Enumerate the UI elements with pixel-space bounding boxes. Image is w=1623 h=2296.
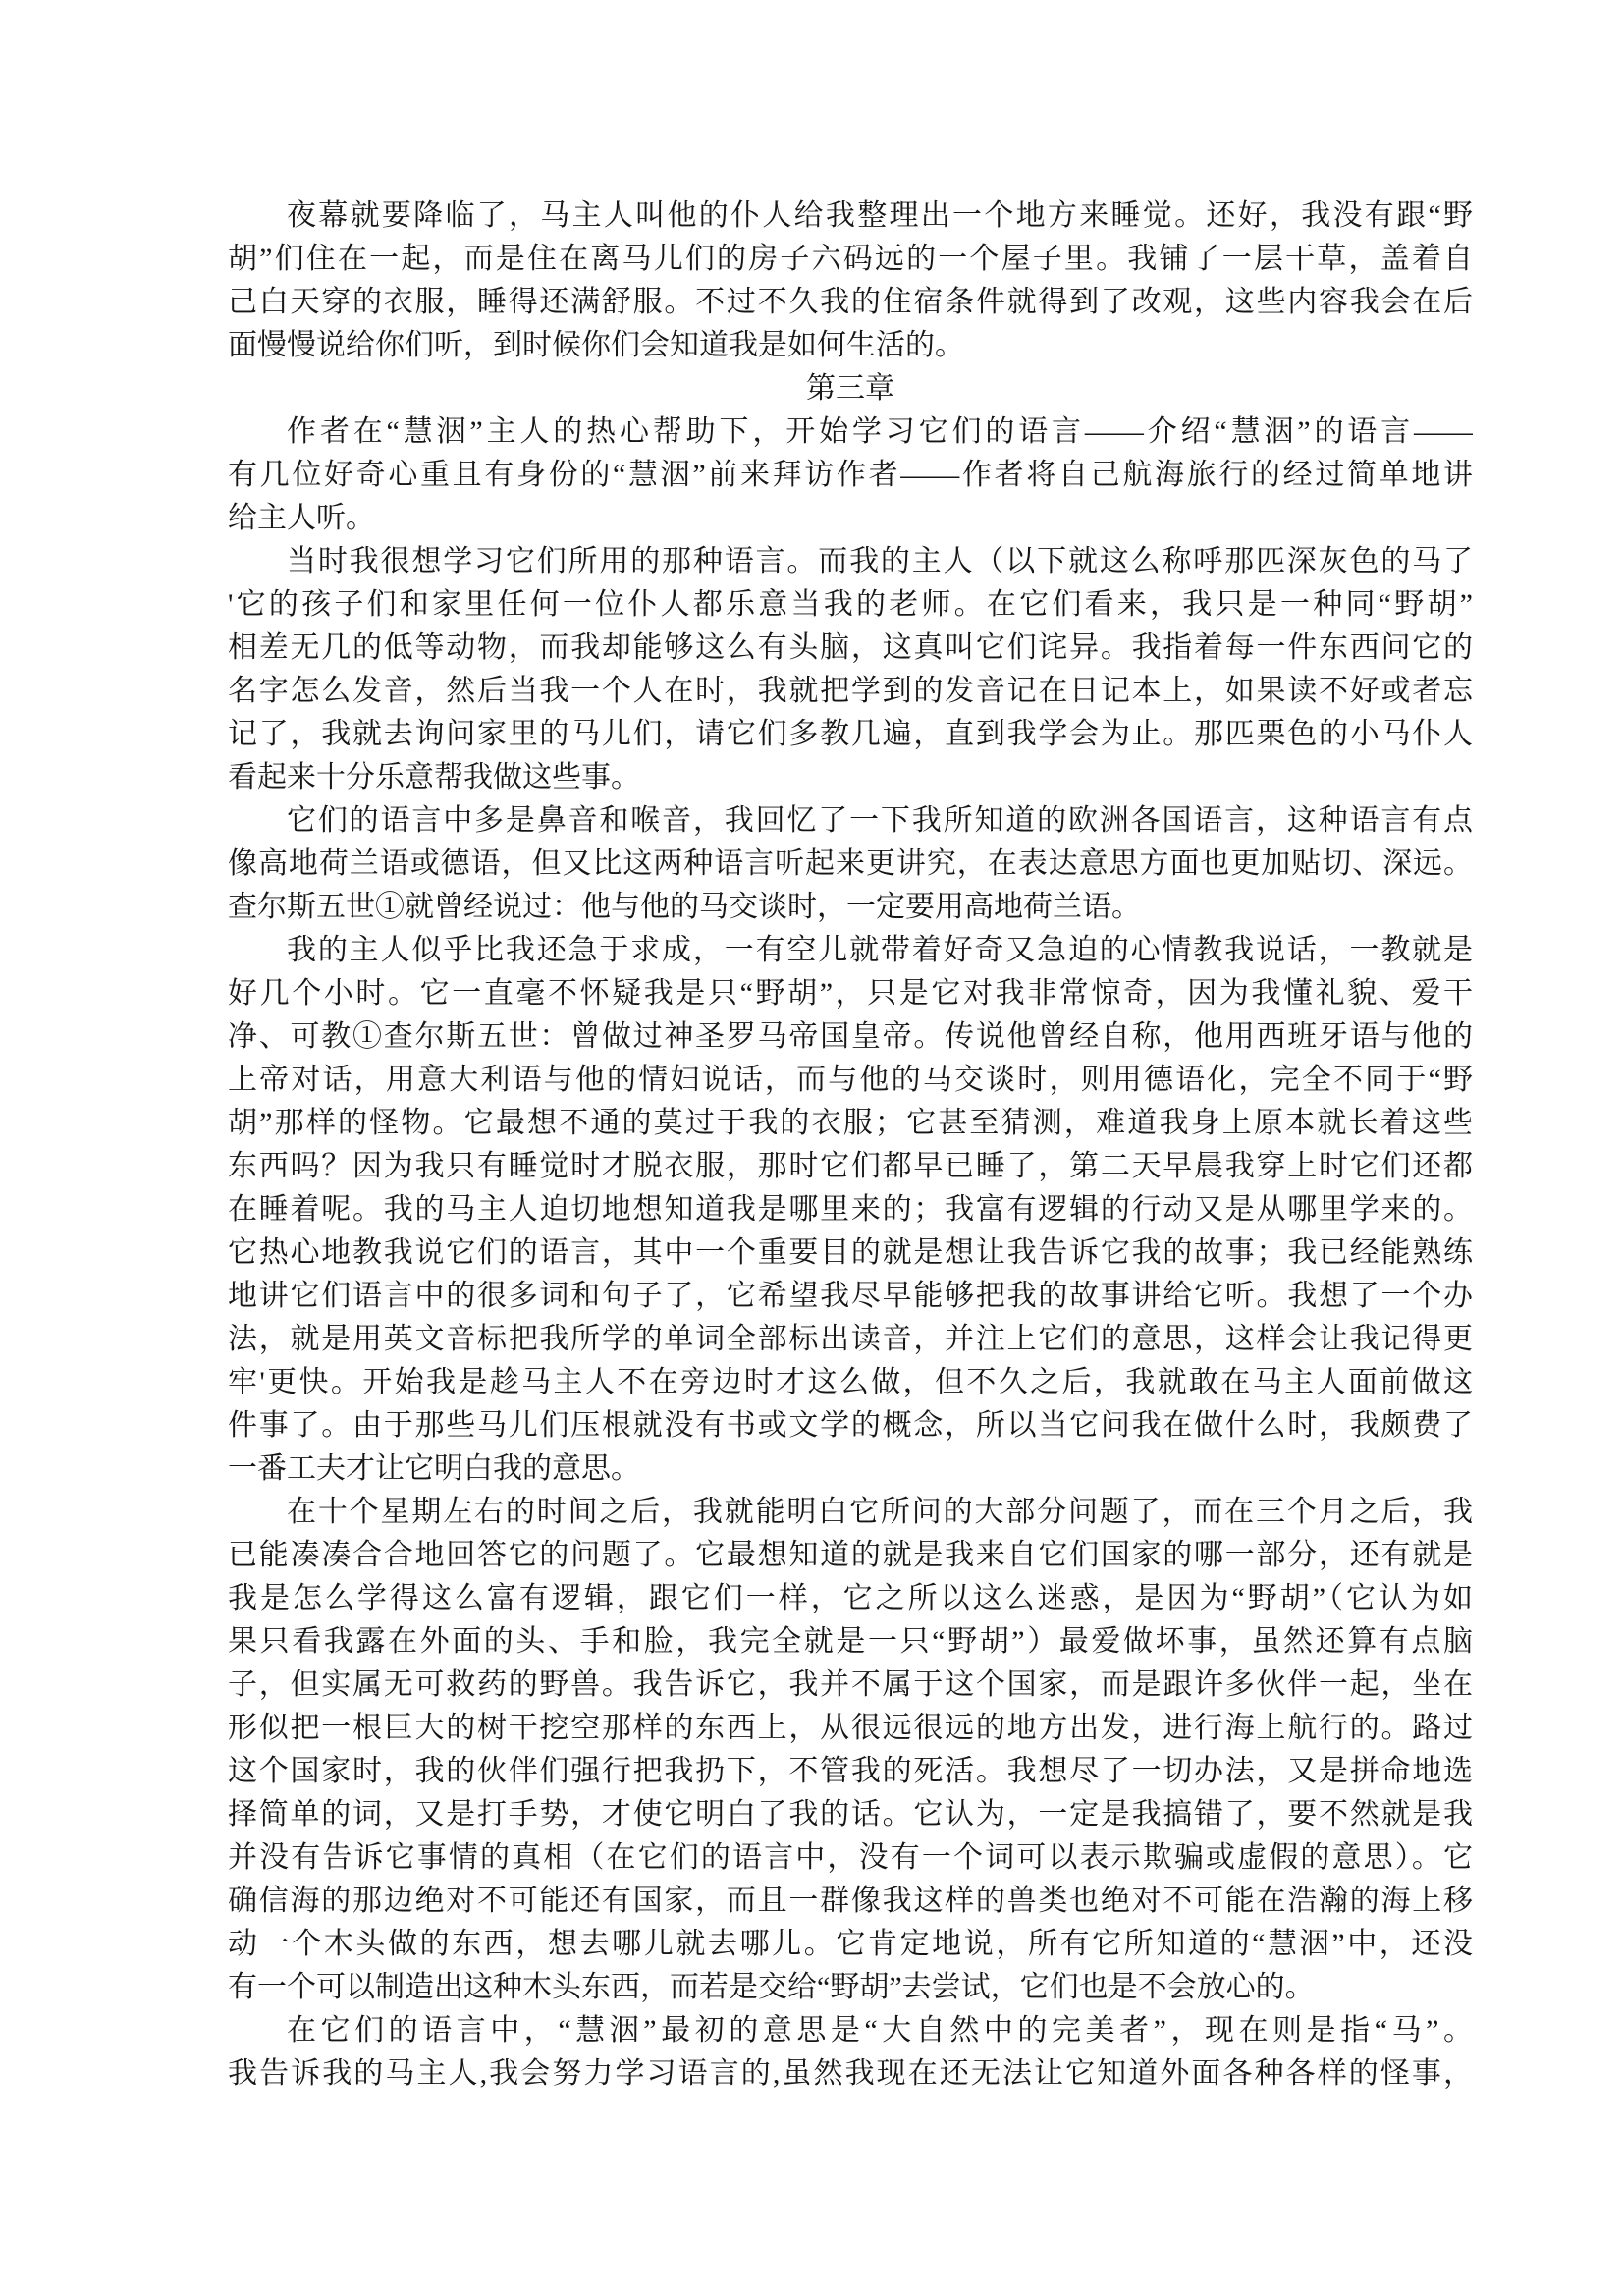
chapter-title-text: 第三章 (228, 367, 1473, 410)
text-line: 在它们的语言中，“慧洇”最初的意思是“大自然中的完美者”，现在则是指“马”。 (228, 2009, 1473, 2052)
text-line: 它热心地教我说它们的语言，其中一个重要目的就是想让我告诉它我的故事；我已经能熟练 (228, 1231, 1473, 1275)
text-line: 有几位好奇心重且有身份的“慧洇”前来拜访作者——作者将自己航海旅行的经过简单地讲 (228, 454, 1473, 497)
text-line: 并没有告诉它事情的真相（在它们的语言中，没有一个词可以表示欺骗或虚假的意思）。它 (228, 1836, 1473, 1880)
text-line: 胡”们住在一起，而是住在离马儿们的房子六码远的一个屋子里。我铺了一层干草，盖着自 (228, 238, 1473, 281)
text-line: 当时我很想学习它们所用的那种语言。而我的主人（以下就这么称呼那匹深灰色的马了 (228, 540, 1473, 583)
text-line: 件事了。由于那些马儿们压根就没有书或文学的概念，所以当它问我在做什么时，我颇费了 (228, 1404, 1473, 1448)
text-line: 东西吗？因为我只有睡觉时才脱衣服，那时它们都早已睡了，第二天早晨我穿上时它们还都 (228, 1145, 1473, 1188)
text-line: 像高地荷兰语或德语，但又比这两种语言听起来更讲究，在表达意思方面也更加贴切、深远… (228, 843, 1473, 886)
paragraph: 它们的语言中多是鼻音和喉音，我回忆了一下我所知道的欧洲各国语言，这种语言有点像高… (228, 799, 1473, 929)
paragraph: 在它们的语言中，“慧洇”最初的意思是“大自然中的完美者”，现在则是指“马”。我告… (228, 2009, 1473, 2096)
text-line: 形似把一根巨大的树干挖空那样的东西上，从很远很远的地方出发，进行海上航行的。路过 (228, 1707, 1473, 1750)
text-line: 有一个可以制造出这种木头东西，而若是交给“野胡”去尝试，它们也是不会放心的。 (228, 1966, 1473, 2009)
text-line: 我是怎么学得这么富有逻辑，跟它们一样，它之所以这么迷惑，是因为“野胡”（它认为如 (228, 1577, 1473, 1620)
paragraph: 当时我很想学习它们所用的那种语言。而我的主人（以下就这么称呼那匹深灰色的马了'它… (228, 540, 1473, 799)
text-line: 已能凑凑合合地回答它的问题了。它最想知道的就是我来自它们国家的哪一部分，还有就是 (228, 1534, 1473, 1577)
text-line: '它的孩子们和家里任何一位仆人都乐意当我的老师。在它们看来，我只是一种同“野胡” (228, 583, 1473, 627)
text-line: 在睡着呢。我的马主人迫切地想知道我是哪里来的；我富有逻辑的行动又是从哪里学来的。 (228, 1188, 1473, 1231)
text-line: 法，就是用英文音标把我所学的单词全部标出读音，并注上它们的意思，这样会让我记得更 (228, 1318, 1473, 1361)
text-line: 果只看我露在外面的头、手和脸，我完全就是一只“野胡”）最爱做坏事，虽然还算有点脑 (228, 1620, 1473, 1664)
document-page: 夜幕就要降临了，马主人叫他的仆人给我整理出一个地方来睡觉。还好，我没有跟“野胡”… (228, 194, 1473, 2096)
text-line: 净、可教①查尔斯五世：曾做过神圣罗马帝国皇帝。传说他曾经自称，他用西班牙语与他的 (228, 1015, 1473, 1059)
text-line: 看起来十分乐意帮我做这些事。 (228, 756, 1473, 799)
text-line: 查尔斯五世①就曾经说过：他与他的马交谈时，一定要用高地荷兰语。 (228, 886, 1473, 929)
chapter-title: 第三章 (228, 367, 1473, 410)
text-line: 我的主人似乎比我还急于求成，一有空儿就带着好奇又急迫的心情教我说话，一教就是 (228, 929, 1473, 972)
text-line: 动一个木头做的东西，想去哪儿就去哪儿。它肯定地说，所有它所知道的“慧洇”中，还没 (228, 1923, 1473, 1966)
text-line: 相差无几的低等动物，而我却能够这么有头脑，这真叫它们诧异。我指着每一件东西问它的 (228, 627, 1473, 670)
paragraph: 我的主人似乎比我还急于求成，一有空儿就带着好奇又急迫的心情教我说话，一教就是好几… (228, 929, 1473, 1491)
text-line: 给主人听。 (228, 497, 1473, 540)
text-line: 它们的语言中多是鼻音和喉音，我回忆了一下我所知道的欧洲各国语言，这种语言有点 (228, 799, 1473, 843)
text-line: 地讲它们语言中的很多词和句子了，它希望我尽早能够把我的故事讲给它听。我想了一个办 (228, 1275, 1473, 1318)
text-line: 好几个小时。它一直毫不怀疑我是只“野胡”，只是它对我非常惊奇，因为我懂礼貌、爱干 (228, 972, 1473, 1015)
text-line: 上帝对话，用意大利语与他的情妇说话，而与他的马交谈时，则用德语化，完全不同于“野 (228, 1059, 1473, 1102)
text-line: 夜幕就要降临了，马主人叫他的仆人给我整理出一个地方来睡觉。还好，我没有跟“野 (228, 194, 1473, 238)
text-line: 一番工夫才让它明白我的意思。 (228, 1448, 1473, 1491)
paragraph: 夜幕就要降临了，马主人叫他的仆人给我整理出一个地方来睡觉。还好，我没有跟“野胡”… (228, 194, 1473, 367)
text-line: 择简单的词，又是打手势，才使它明白了我的话。它认为，一定是我搞错了，要不然就是我 (228, 1793, 1473, 1836)
text-line: 我告诉我的马主人,我会努力学习语言的,虽然我现在还无法让它知道外面各种各样的怪事… (228, 2052, 1473, 2096)
text-line: 面慢慢说给你们听，到时候你们会知道我是如何生活的。 (228, 324, 1473, 367)
text-line: 牢'更快。开始我是趁马主人不在旁边时才这么做，但不久之后，我就敢在马主人面前做这 (228, 1361, 1473, 1404)
text-line: 确信海的那边绝对不可能还有国家，而且一群像我这样的兽类也绝对不可能在浩瀚的海上移 (228, 1880, 1473, 1923)
paragraph: 作者在“慧洇”主人的热心帮助下，开始学习它们的语言——介绍“慧洇”的语言——有几… (228, 410, 1473, 540)
text-line: 胡”那样的怪物。它最想不通的莫过于我的衣服；它甚至猜测，难道我身上原本就长着这些 (228, 1102, 1473, 1145)
text-line: 记了，我就去询问家里的马儿们，请它们多教几遍，直到我学会为止。那匹栗色的小马仆人 (228, 713, 1473, 756)
text-line: 作者在“慧洇”主人的热心帮助下，开始学习它们的语言——介绍“慧洇”的语言—— (228, 410, 1473, 454)
paragraph: 在十个星期左右的时间之后，我就能明白它所问的大部分问题了，而在三个月之后，我已能… (228, 1491, 1473, 2009)
text-line: 子，但实属无可救药的野兽。我告诉它，我并不属于这个国家，而是跟许多伙伴一起，坐在 (228, 1664, 1473, 1707)
text-line: 己白天穿的衣服，睡得还满舒服。不过不久我的住宿条件就得到了改观，这些内容我会在后 (228, 281, 1473, 324)
text-line: 在十个星期左右的时间之后，我就能明白它所问的大部分问题了，而在三个月之后，我 (228, 1491, 1473, 1534)
text-line: 这个国家时，我的伙伴们强行把我扔下，不管我的死活。我想尽了一切办法，又是拼命地选 (228, 1750, 1473, 1793)
text-line: 名字怎么发音，然后当我一个人在时，我就把学到的发音记在日记本上，如果读不好或者忘 (228, 670, 1473, 713)
